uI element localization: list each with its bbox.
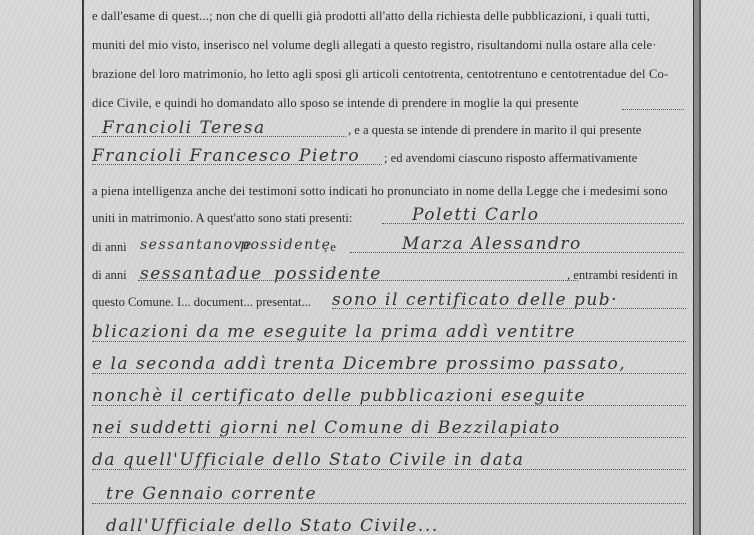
witnesses-intro: uniti in matrimonio. A quest'atto sono s…	[92, 211, 352, 226]
handwritten-doc-line-5: nei suddetti giorni nel Comune di Bezzil…	[92, 418, 561, 438]
handwritten-doc-line-7: tre Gennaio corrente	[106, 484, 317, 504]
dotted-rule	[92, 469, 686, 470]
groom-row: Francioli Francesco Pietro ; ed avendomi…	[92, 146, 686, 168]
right-margin-rule	[693, 0, 701, 535]
witness1-age: sessantanove	[140, 237, 253, 253]
dotted-rule	[92, 341, 686, 342]
bride-row: Francioli Teresa , e a questa se intende…	[92, 118, 686, 140]
documents-row: questo Comune. I... document... presenta…	[92, 290, 686, 312]
witness2-occupation: possidente	[274, 264, 382, 284]
handwritten-doc-line-2: blicazioni da me eseguite la prima addì …	[92, 322, 576, 342]
dotted-rule	[92, 405, 686, 406]
witness2-row: di anni sessantadue possidente , entramb…	[92, 262, 686, 284]
dotted-rule	[92, 503, 686, 504]
handwritten-doc-line-8: dall'Ufficiale dello Stato Civile...	[106, 516, 439, 535]
dotted-rule	[332, 308, 686, 309]
witness1-occupation: possidente	[240, 237, 331, 253]
witness1-conj: , e	[324, 240, 336, 255]
witness1-name: Poletti Carlo	[412, 205, 539, 225]
printed-line-4: dice Civile, e quindi ho domandato allo …	[92, 95, 686, 111]
handwritten-doc-line-6: da quell'Ufficiale dello Stato Civile in…	[92, 450, 524, 470]
bride-name: Francioli Teresa	[102, 118, 266, 138]
handwritten-row-3: e la seconda addì trenta Dicembre prossi…	[92, 354, 686, 376]
dotted-rule	[92, 437, 686, 438]
witnesses-intro-row: uniti in matrimonio. A quest'atto sono s…	[92, 205, 686, 227]
dotted-rule	[382, 223, 684, 224]
handwritten-doc-line-4: nonchè il certificato delle pubblicazion…	[92, 386, 586, 406]
witness2-suffix: , entrambi residenti in	[567, 268, 678, 283]
register-page: e dall'esame di quest...; non che di que…	[0, 0, 754, 535]
witness1-row: di anni sessantanove possidente , e Marz…	[92, 234, 686, 256]
handwritten-row-2: blicazioni da me eseguite la prima addì …	[92, 322, 686, 344]
handwritten-row-4: nonchè il certificato delle pubblicazion…	[92, 386, 686, 408]
printed-line-1: e dall'esame di quest...; non che di que…	[92, 8, 686, 24]
printed-line-2: muniti del mio visto, inserisco nel volu…	[92, 37, 686, 53]
handwritten-doc-line-1: sono il certificato delle pub·	[332, 290, 618, 310]
printed-line-3: brazione del loro matrimonio, ho letto a…	[92, 66, 686, 82]
dotted-rule	[92, 136, 346, 137]
bride-suffix: , e a questa se intende di prendere in m…	[348, 123, 641, 138]
dotted-rule	[622, 109, 684, 110]
handwritten-row-6: da quell'Ufficiale dello Stato Civile in…	[92, 450, 686, 472]
groom-name: Francioli Francesco Pietro	[92, 146, 360, 166]
left-margin-rule	[82, 0, 84, 535]
dotted-rule	[350, 252, 684, 253]
dotted-rule	[92, 164, 382, 165]
documents-label: questo Comune. I... document... presenta…	[92, 295, 311, 310]
witness2-name: Marza Alessandro	[402, 234, 582, 254]
handwritten-row-8: dall'Ufficiale dello Stato Civile...	[92, 516, 686, 535]
dotted-rule	[138, 280, 578, 281]
witness2-age-label: di anni	[92, 268, 127, 283]
handwritten-row-7: tre Gennaio corrente	[92, 484, 686, 506]
printed-line-pronounced: a piena intelligenza anche dei testimoni…	[92, 183, 686, 199]
groom-suffix: ; ed avendomi ciascuno risposto affermat…	[384, 151, 637, 166]
handwritten-row-5: nei suddetti giorni nel Comune di Bezzil…	[92, 418, 686, 440]
dotted-rule	[92, 373, 686, 374]
handwritten-doc-line-3: e la seconda addì trenta Dicembre prossi…	[92, 354, 626, 374]
witness2-age: sessantadue	[140, 264, 263, 284]
witness1-age-label: di anni	[92, 240, 127, 255]
